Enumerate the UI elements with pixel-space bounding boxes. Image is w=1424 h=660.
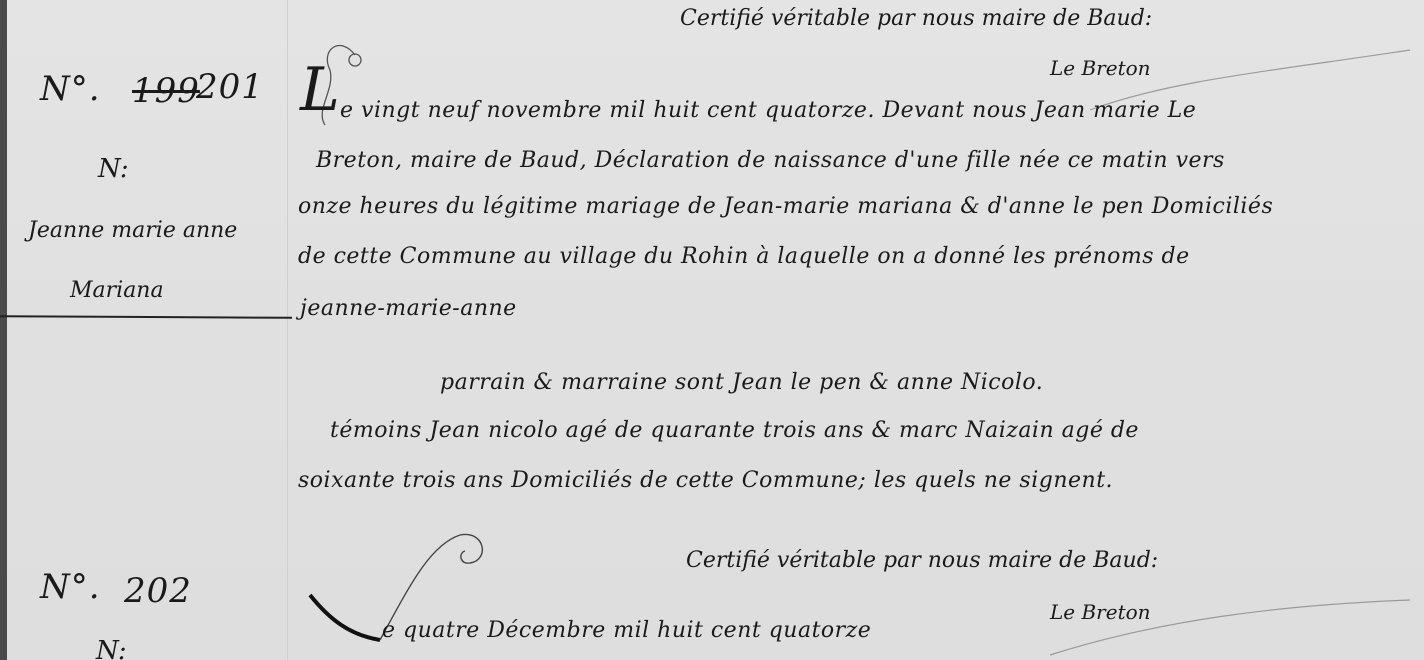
entry-number: 201 [196, 70, 264, 104]
entry-number-202: 202 [124, 574, 192, 608]
child-name-line2: Mariana [70, 280, 164, 302]
top-certification-text: Certifié véritable par nous maire de Bau… [680, 8, 1152, 30]
register-page: Certifié véritable par nous maire de Bau… [0, 0, 1424, 660]
entry-line-1: e vingt neuf novembre mil huit cent quat… [340, 100, 1196, 122]
entry-line-2: Breton, maire de Baud, Déclaration de na… [316, 150, 1225, 172]
entry-separator-line [0, 315, 292, 319]
witnesses-line-1: témoins Jean nicolo agé de quarante troi… [330, 420, 1139, 442]
entry-line-5: jeanne-marie-anne [300, 298, 517, 320]
entry-type-label: N: [98, 156, 129, 182]
entry-number-label: N°. [40, 72, 101, 106]
child-name-line1: Jeanne marie anne [28, 220, 237, 242]
entry-202-line-1: e quatre Décembre mil huit cent quatorze [382, 620, 871, 642]
entry-old-number: 199 [132, 74, 200, 108]
page-binding-edge [0, 0, 7, 660]
witnesses-line-2: soixante trois ans Domiciliés de cette C… [298, 470, 1113, 492]
margin-rule [287, 0, 288, 660]
entry-initial: L [300, 60, 340, 120]
signature-flourish-2 [1040, 580, 1420, 660]
godparents-line: parrain & marraine sont Jean le pen & an… [440, 372, 1043, 394]
entry-line-4: de cette Commune au village du Rohin à l… [298, 246, 1190, 268]
entry-certification: Certifié véritable par nous maire de Bau… [686, 550, 1158, 572]
entry-type-label-202: N: [96, 638, 127, 660]
entry-number-label-202: N°. [40, 570, 101, 604]
entry-line-3: onze heures du légitime mariage de Jean-… [298, 196, 1273, 218]
